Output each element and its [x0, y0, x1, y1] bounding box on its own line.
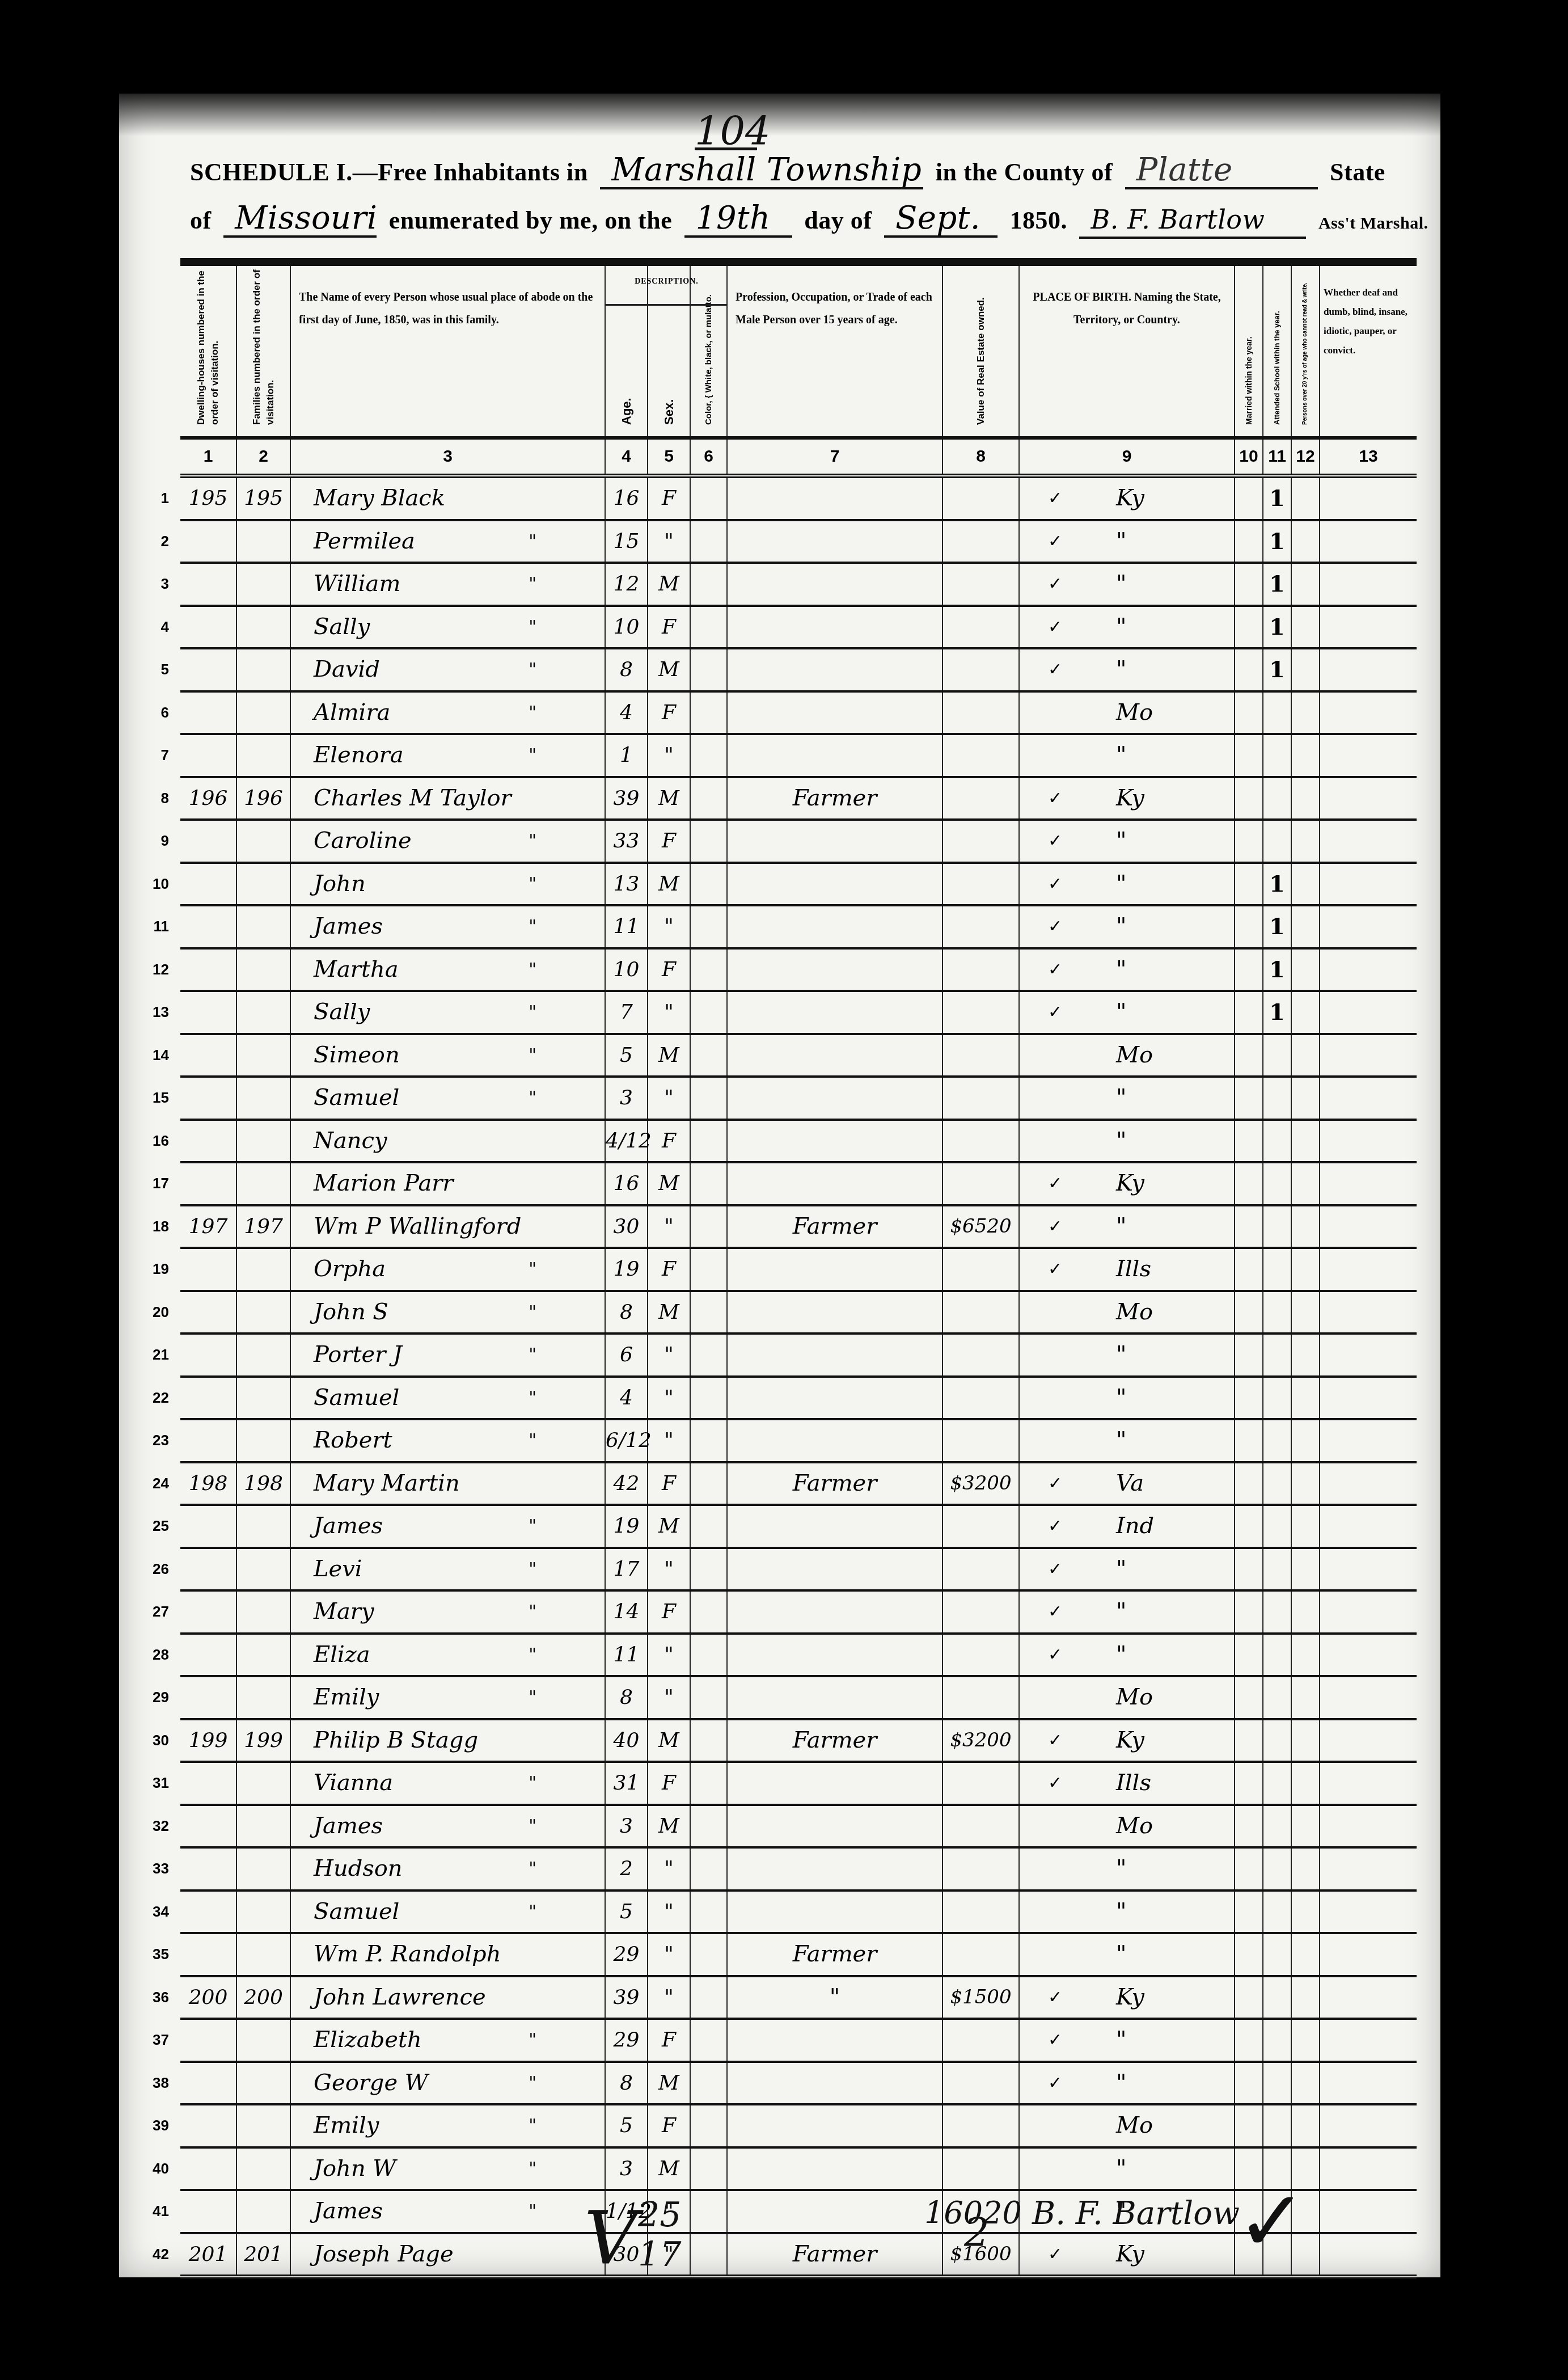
person-name: Philip B Stagg [314, 1727, 478, 1753]
dwelling-number-cell: 18197 [180, 1206, 237, 1247]
birthplace-cell: ✓" [1020, 649, 1235, 690]
person-name: Caroline [314, 828, 412, 854]
real-estate-value-cell [943, 693, 1020, 733]
person-name-cell: Levi" [291, 1549, 606, 1590]
sex-cell: " [648, 1934, 691, 1975]
county-field: Platte [1125, 153, 1318, 189]
person-name: Elenora [314, 742, 403, 768]
age-cell: 8 [606, 1292, 648, 1333]
real-estate-value-cell: $3200 [943, 1463, 1020, 1504]
surname-ditto-mark: " [529, 821, 536, 861]
illiterate-cell [1292, 2105, 1320, 2146]
table-row: 8196196Charles M Taylor39MFarmer✓Ky [180, 778, 1417, 821]
sex-cell: M [648, 564, 691, 605]
surname-ditto-mark: " [529, 1035, 536, 1075]
attended-school-cell: 1 [1263, 607, 1292, 648]
sex-cell: M [648, 2063, 691, 2104]
color-cell [691, 2063, 728, 2104]
color-cell [691, 950, 728, 990]
real-estate-value-cell [943, 1292, 1020, 1333]
table-row: 33Hudson"2"" [180, 1849, 1417, 1892]
color-cell [691, 1549, 728, 1590]
illiterate-cell [1292, 992, 1320, 1033]
sex-cell: " [648, 521, 691, 562]
occupation-cell [728, 2020, 943, 2061]
occupation-cell [728, 1892, 943, 1932]
disability-cell [1320, 693, 1417, 733]
attended-school-cell [1263, 2063, 1292, 2104]
illiterate-cell [1292, 1592, 1320, 1632]
person-name-cell: Robert" [291, 1420, 606, 1461]
age-cell: 8 [606, 1677, 648, 1718]
state-field: Missouri [223, 201, 377, 238]
birthplace-cell: " [1020, 1420, 1235, 1461]
birthplace: " [1116, 1121, 1126, 1161]
color-cell [691, 2149, 728, 2189]
census-table: Dwelling-houses numbered in the order of… [180, 258, 1417, 2279]
family-number-cell [237, 1506, 291, 1547]
person-name: George W [314, 2070, 428, 2096]
surname-ditto-mark: " [529, 2149, 536, 2189]
occupation-cell [728, 1592, 943, 1632]
illiterate-cell [1292, 1292, 1320, 1333]
disability-cell [1320, 1720, 1417, 1761]
person-name-cell: Elizabeth" [291, 2020, 606, 2061]
real-estate-value-cell [943, 1806, 1020, 1847]
line-number: 21 [118, 1335, 169, 1375]
person-name-cell: Wm P. Randolph [291, 1934, 606, 1975]
family-number-cell [237, 1592, 291, 1632]
color-cell [691, 1934, 728, 1975]
dwelling-number-cell: 19 [180, 1249, 237, 1290]
married-cell [1235, 864, 1263, 905]
birthplace-cell: ✓" [1020, 1635, 1235, 1676]
color-cell [691, 1635, 728, 1676]
line-number: 2 [118, 521, 169, 562]
col-num-4: 4 [606, 440, 648, 474]
birthplace: " [1116, 1635, 1126, 1675]
married-cell [1235, 2105, 1263, 2146]
sex-cell: M [648, 2149, 691, 2189]
color-cell [691, 1249, 728, 1290]
sex-cell: " [648, 1335, 691, 1375]
disability-cell [1320, 1078, 1417, 1119]
sex-cell: M [648, 1806, 691, 1847]
surname-ditto-mark: " [529, 735, 536, 775]
color-cell [691, 1763, 728, 1804]
check-mark-icon: ✓ [1048, 1163, 1062, 1204]
occupation-cell [728, 2191, 943, 2232]
person-name: Charles M Taylor [314, 785, 512, 811]
person-name-cell: Wm P Wallingford [291, 1206, 606, 1247]
family-number-cell [237, 1635, 291, 1676]
family-number-cell [237, 1335, 291, 1375]
age-cell: 33 [606, 821, 648, 862]
married-cell [1235, 992, 1263, 1033]
illiterate-cell [1292, 1635, 1320, 1676]
surname-ditto-mark: " [529, 2191, 536, 2231]
married-cell [1235, 1506, 1263, 1547]
disability-cell [1320, 2149, 1417, 2189]
table-row: 22Samuel"4"" [180, 1378, 1417, 1421]
dwelling-number-cell: 8196 [180, 778, 237, 819]
dwelling-number-cell: 32 [180, 1806, 237, 1847]
occupation-cell [728, 906, 943, 947]
real-estate-value-cell [943, 564, 1020, 605]
attended-school-cell: 1 [1263, 906, 1292, 947]
person-name: Mary [314, 1598, 374, 1624]
attended-school-cell [1263, 1934, 1292, 1975]
color-cell [691, 649, 728, 690]
real-estate-value-cell: $3200 [943, 1720, 1020, 1761]
surname-ditto-mark: " [529, 1549, 536, 1589]
table-row: 25James"19M✓Ind [180, 1506, 1417, 1549]
line-number: 14 [118, 1035, 169, 1075]
birthplace-cell: ✓Ills [1020, 1763, 1235, 1804]
check-mark-icon: ✓ [1048, 521, 1062, 562]
sex-cell: F [648, 1592, 691, 1632]
age-cell: 30 [606, 1206, 648, 1247]
line-number: 1 [118, 478, 169, 518]
col-num-11: 11 [1263, 440, 1292, 474]
disability-cell [1320, 1892, 1417, 1932]
page-number-underline [695, 147, 757, 150]
attended-school-cell: 1 [1263, 950, 1292, 990]
color-cell [691, 1892, 728, 1932]
month-field: Sept. [884, 201, 998, 238]
surname-ditto-mark: " [529, 1506, 536, 1546]
occupation-cell [728, 1335, 943, 1375]
person-name-cell: Vianna" [291, 1763, 606, 1804]
header-married: Married within the year. [1235, 266, 1263, 436]
line-number: 9 [118, 821, 169, 861]
birthplace: " [1116, 521, 1126, 562]
birthplace-cell: " [1020, 1121, 1235, 1162]
attended-school-cell [1263, 1592, 1292, 1632]
illiterate-cell [1292, 950, 1320, 990]
person-name-cell: Orpha" [291, 1249, 606, 1290]
disability-cell [1320, 821, 1417, 862]
col-num-7: 7 [728, 440, 943, 474]
col-num-9: 9 [1020, 440, 1235, 474]
real-estate-total: 16020 [924, 2195, 1022, 2231]
disability-cell [1320, 1121, 1417, 1162]
illiterate-cell [1292, 1506, 1320, 1547]
dwelling-number-cell: 3 [180, 564, 237, 605]
age-cell: 1 [606, 735, 648, 776]
occupation-cell [728, 992, 943, 1033]
line-number: 17 [118, 1163, 169, 1204]
disability-cell [1320, 1206, 1417, 1247]
table-row: 6Almira"4FMo [180, 693, 1417, 736]
birthplace: " [1116, 906, 1126, 947]
check-mark-icon: ✓ [1048, 821, 1062, 861]
occupation-cell [728, 1121, 943, 1162]
table-row: 39Emily"5FMo [180, 2105, 1417, 2149]
dwelling-number-cell: 40 [180, 2149, 237, 2189]
person-name-cell: Emily" [291, 1677, 606, 1718]
dwelling-number-cell: 22 [180, 1378, 237, 1419]
line-number: 31 [118, 1763, 169, 1803]
person-name: Elizabeth [314, 2027, 422, 2053]
occupation-cell [728, 1078, 943, 1119]
birthplace: " [1116, 1206, 1126, 1247]
person-name-cell: Mary Martin [291, 1463, 606, 1504]
birthplace-cell: Mo [1020, 1292, 1235, 1333]
birthplace-cell: ✓" [1020, 1206, 1235, 1247]
occupation-cell [728, 1635, 943, 1676]
color-cell [691, 2020, 728, 2061]
table-row: 30199199Philip B Stagg40MFarmer$3200✓Ky [180, 1720, 1417, 1763]
person-name: Wm P. Randolph [314, 1941, 501, 1967]
county-label: in the County of [936, 158, 1113, 186]
table-row: 23Robert"6/12"" [180, 1420, 1417, 1463]
birthplace: " [1116, 864, 1126, 904]
table-row: 29Emily"8"Mo [180, 1677, 1417, 1720]
married-cell [1235, 778, 1263, 819]
color-cell [691, 1292, 728, 1333]
disability-cell [1320, 1420, 1417, 1461]
disability-cell [1320, 2191, 1417, 2232]
age-cell: 16 [606, 1163, 648, 1204]
real-estate-value-cell [943, 1335, 1020, 1375]
age-cell: 16 [606, 478, 648, 519]
illiterate-cell [1292, 1806, 1320, 1847]
line-number: 32 [118, 1806, 169, 1846]
birthplace: " [1116, 2063, 1126, 2103]
age-cell: 19 [606, 1506, 648, 1547]
dwelling-number-cell: 36200 [180, 1977, 237, 2018]
birthplace: Ills [1116, 1763, 1151, 1803]
person-name: Porter J [314, 1341, 402, 1368]
color-cell [691, 2105, 728, 2146]
dwelling-number-cell: 12 [180, 950, 237, 990]
dwelling-number-cell: 20 [180, 1292, 237, 1333]
age-cell: 29 [606, 1934, 648, 1975]
sex-cell: F [648, 478, 691, 519]
person-name-cell: Sally" [291, 992, 606, 1033]
header-name: The Name of every Person whose usual pla… [291, 266, 606, 436]
surname-ditto-mark: " [529, 950, 536, 990]
person-name: John S [314, 1299, 388, 1325]
married-cell [1235, 1335, 1263, 1375]
birthplace: Ky [1116, 1977, 1144, 2018]
illiterate-cell [1292, 778, 1320, 819]
illiterate-cell [1292, 649, 1320, 690]
dwelling-number: 201 [189, 2243, 228, 2266]
check-mark-icon: ✓ [1048, 1206, 1062, 1247]
disability-cell [1320, 478, 1417, 519]
sex-cell: " [648, 735, 691, 776]
birthplace: Va [1116, 1463, 1144, 1504]
birthplace-cell: Mo [1020, 1035, 1235, 1076]
sex-cell: M [648, 1720, 691, 1761]
dwelling-number-cell: 24198 [180, 1463, 237, 1504]
sex-cell: F [648, 950, 691, 990]
dwelling-number-cell: 4 [180, 607, 237, 648]
header-birthplace: PLACE OF BIRTH. Naming the State, Territ… [1020, 266, 1235, 436]
table-body: 1195195Mary Black16F✓Ky12Permilea"15"✓"1… [180, 478, 1417, 2279]
birthplace-cell: Mo [1020, 1677, 1235, 1718]
surname-ditto-mark: " [529, 1078, 536, 1118]
family-number-cell: 197 [237, 1206, 291, 1247]
line-number: 13 [118, 992, 169, 1032]
real-estate-value-cell [943, 1249, 1020, 1290]
birthplace-cell: ✓Ky [1020, 478, 1235, 519]
attended-school-cell [1263, 778, 1292, 819]
color-cell [691, 992, 728, 1033]
check-mark-icon: ✓ [1048, 1592, 1062, 1632]
line-number: 7 [118, 735, 169, 775]
real-estate-value-cell [943, 1592, 1020, 1632]
occupation-cell [728, 1292, 943, 1333]
attended-school-cell [1263, 1977, 1292, 2018]
table-row: 28Eliza"11"✓" [180, 1635, 1417, 1678]
check-mark-icon: ✓ [1048, 2020, 1062, 2060]
table-row: 38George W"8M✓" [180, 2063, 1417, 2106]
dwelling-number-cell: 39 [180, 2105, 237, 2146]
table-row: 19Orpha"19F✓Ills [180, 1249, 1417, 1292]
married-cell [1235, 693, 1263, 733]
dwelling-number-cell: 41 [180, 2191, 237, 2232]
person-name: Emily [314, 1684, 379, 1710]
color-cell [691, 1035, 728, 1076]
age-cell: 11 [606, 906, 648, 947]
family-number-cell: 195 [237, 478, 291, 519]
sex-cell: F [648, 1249, 691, 1290]
line-number: 19 [118, 1249, 169, 1289]
dwelling-number: 200 [189, 1986, 228, 2009]
age-cell: 2 [606, 1849, 648, 1889]
surname-ditto-mark: " [529, 607, 536, 647]
sex-cell: " [648, 1078, 691, 1119]
illiterate-cell [1292, 1078, 1320, 1119]
occupation-cell: Farmer [728, 1206, 943, 1247]
family-number-cell [237, 1420, 291, 1461]
person-name: Martha [314, 956, 399, 982]
birthplace: Mo [1116, 2105, 1153, 2146]
table-row: 27Mary"14F✓" [180, 1592, 1417, 1635]
family-number-cell [237, 1378, 291, 1419]
person-name: Samuel [314, 1084, 399, 1111]
married-cell [1235, 821, 1263, 862]
line-number: 35 [118, 1934, 169, 1974]
person-name-cell: Permilea" [291, 521, 606, 562]
township-field: Marshall Township [600, 153, 923, 189]
married-cell [1235, 1977, 1263, 2018]
family-number-cell [237, 564, 291, 605]
surname-ditto-mark: " [529, 2063, 536, 2103]
disability-cell [1320, 2234, 1417, 2275]
person-name-cell: Simeon" [291, 1035, 606, 1076]
illiterate-cell [1292, 1677, 1320, 1718]
attended-school-cell [1263, 1892, 1292, 1932]
check-mark-icon: ✓ [1048, 607, 1062, 647]
disability-cell [1320, 1806, 1417, 1847]
real-estate-value-cell [943, 2105, 1020, 2146]
of-label: of [190, 206, 212, 234]
sex-cell: " [648, 1635, 691, 1676]
person-name-cell: John Lawrence [291, 1977, 606, 2018]
header-school: Attended School within the year. [1263, 266, 1292, 436]
disability-cell [1320, 564, 1417, 605]
line-number: 5 [118, 649, 169, 690]
color-cell [691, 1420, 728, 1461]
real-estate-value-cell [943, 1420, 1020, 1461]
schedule-title-line-2: of Missouri enumerated by me, on the 19t… [190, 201, 1428, 239]
person-name: William [314, 571, 400, 597]
married-cell [1235, 1592, 1263, 1632]
color-cell [691, 1378, 728, 1419]
family-number-cell [237, 1763, 291, 1804]
disability-cell [1320, 1849, 1417, 1889]
person-name: Nancy [314, 1128, 387, 1154]
disability-cell [1320, 1592, 1417, 1632]
birthplace: Ky [1116, 778, 1144, 818]
occupation-cell [728, 564, 943, 605]
birthplace-cell: ✓" [1020, 1592, 1235, 1632]
birthplace: Mo [1116, 1035, 1153, 1075]
line-number: 12 [118, 950, 169, 990]
dwelling-number-cell: 33 [180, 1849, 237, 1889]
person-name: Simeon [314, 1042, 400, 1068]
line-number: 24 [118, 1463, 169, 1504]
real-estate-value-cell: $1500 [943, 1977, 1020, 2018]
person-name: Wm P Wallingford [314, 1213, 521, 1239]
illiterate-cell [1292, 1249, 1320, 1290]
table-row: 1195195Mary Black16F✓Ky1 [180, 478, 1417, 521]
occupation-cell [728, 1763, 943, 1804]
illiterate-cell [1292, 1035, 1320, 1076]
person-name-cell: James" [291, 2191, 606, 2232]
sex-cell: F [648, 1463, 691, 1504]
illiterate-cell [1292, 1335, 1320, 1375]
person-name-cell: Hudson" [291, 1849, 606, 1889]
birthplace-cell: ✓" [1020, 1549, 1235, 1590]
person-name-cell: Eliza" [291, 1635, 606, 1676]
married-cell [1235, 1763, 1263, 1804]
check-mark-icon: ✓ [1048, 906, 1062, 947]
surname-ditto-mark: " [529, 693, 536, 733]
color-cell [691, 478, 728, 519]
birthplace: " [1116, 821, 1126, 861]
occupation-cell [728, 1806, 943, 1847]
color-cell [691, 1677, 728, 1718]
dwelling-number-cell: 37 [180, 2020, 237, 2061]
sex-cell: " [648, 1549, 691, 1590]
birthplace: Ky [1116, 2234, 1144, 2274]
married-cell [1235, 1806, 1263, 1847]
occupation-cell [728, 1035, 943, 1076]
surname-ditto-mark: " [529, 906, 536, 947]
real-estate-value-cell [943, 607, 1020, 648]
sex-cell: " [648, 992, 691, 1033]
disability-cell [1320, 1549, 1417, 1590]
family-number-cell [237, 1849, 291, 1889]
disability-cell [1320, 1163, 1417, 1204]
age-cell: 15 [606, 521, 648, 562]
check-mark-icon: ✓ [1048, 2063, 1062, 2103]
attended-school-cell [1263, 1506, 1292, 1547]
dwelling-number-cell: 7 [180, 735, 237, 776]
disability-cell [1320, 1335, 1417, 1375]
line-number: 6 [118, 693, 169, 733]
birthplace: " [1116, 1078, 1126, 1118]
attended-school-cell [1263, 821, 1292, 862]
person-name: Samuel [314, 1385, 399, 1411]
disability-cell [1320, 1378, 1417, 1419]
family-number-cell [237, 1035, 291, 1076]
